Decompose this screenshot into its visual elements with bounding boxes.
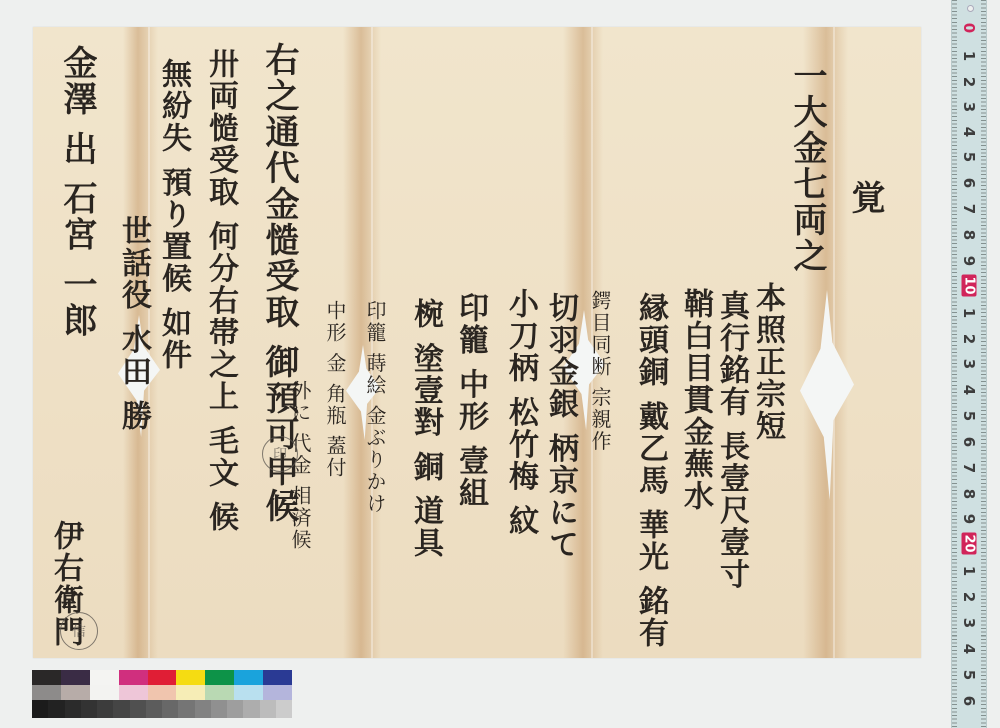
ruler-label: 9 (960, 244, 978, 278)
color-swatch (97, 700, 113, 718)
color-chart-row-grayscale (32, 700, 292, 718)
color-swatch (119, 685, 148, 700)
text-column: 真行銘有 長壹尺壹寸 (716, 290, 746, 590)
color-swatch (205, 670, 234, 685)
text-column: 印籠 蒔絵 金ぶりかけ (365, 300, 385, 515)
color-chart-row-primary (32, 670, 292, 685)
text-column: 本照正宗短 (752, 282, 782, 442)
color-swatch (119, 670, 148, 685)
color-swatch (32, 700, 48, 718)
color-swatch (195, 700, 211, 718)
ruler-label: 6 (960, 684, 978, 718)
color-swatch (32, 670, 61, 685)
color-swatch (61, 685, 90, 700)
color-swatch (90, 685, 119, 700)
color-swatch (130, 700, 146, 718)
text-column: 中形 金 角瓶 蓋付 (325, 300, 345, 479)
color-swatch (205, 685, 234, 700)
color-swatch (263, 670, 292, 685)
ruler-label: 9 (960, 502, 978, 536)
text-column: 縁頭銅 戴乙馬 華光 銘有 (635, 292, 665, 649)
color-swatch (90, 670, 119, 685)
color-chart-row-tint (32, 685, 292, 700)
color-swatch (260, 700, 276, 718)
color-swatch (113, 700, 129, 718)
text-column: 卅両慥受取 何分右帯之上 毛文 候 (205, 48, 235, 533)
color-swatch (211, 700, 227, 718)
color-swatch (65, 700, 81, 718)
text-column: 世話役 水田 勝 (118, 215, 148, 432)
hole-shape (800, 290, 854, 500)
text-column: 覚 (848, 180, 882, 216)
paper-hole (800, 290, 854, 500)
color-swatch (81, 700, 97, 718)
seal-stamp: 信 (60, 612, 98, 650)
text-column: 切羽金銀 柄京にて (545, 292, 575, 560)
text-column: 一大金七両之 (790, 58, 824, 274)
color-swatch (276, 700, 292, 718)
color-swatch (178, 700, 194, 718)
color-swatch (61, 670, 90, 685)
ruler-label: 10 (962, 275, 977, 297)
color-swatch (176, 685, 205, 700)
color-swatch (148, 670, 177, 685)
color-swatch (243, 700, 259, 718)
color-swatch (32, 685, 61, 700)
text-column: 鞘白目貫金蕪水 (680, 288, 710, 512)
color-swatch (162, 700, 178, 718)
text-column: 金澤 出 石宮 一郎 (60, 45, 94, 339)
color-calibration-chart (32, 670, 292, 718)
color-swatch (227, 700, 243, 718)
text-column: 小刀柄 松竹梅 紋 (505, 288, 535, 537)
ruler-label: 20 (962, 533, 977, 555)
color-swatch (234, 670, 263, 685)
color-swatch (148, 685, 177, 700)
text-column: 椀 塗壹對 銅 道具 (410, 298, 440, 559)
measuring-scale: 01234567891012345678920123456 (951, 0, 987, 728)
color-swatch (263, 685, 292, 700)
color-swatch (146, 700, 162, 718)
text-column: 鍔目同断 宗親作 (590, 290, 610, 452)
color-swatch (234, 685, 263, 700)
text-column: 印籠 中形 壹組 (455, 292, 485, 509)
seal-stamp: 印 (262, 436, 298, 472)
text-column: 無紛失 預り置候 如件 (158, 58, 188, 371)
color-swatch (176, 670, 205, 685)
color-swatch (48, 700, 64, 718)
